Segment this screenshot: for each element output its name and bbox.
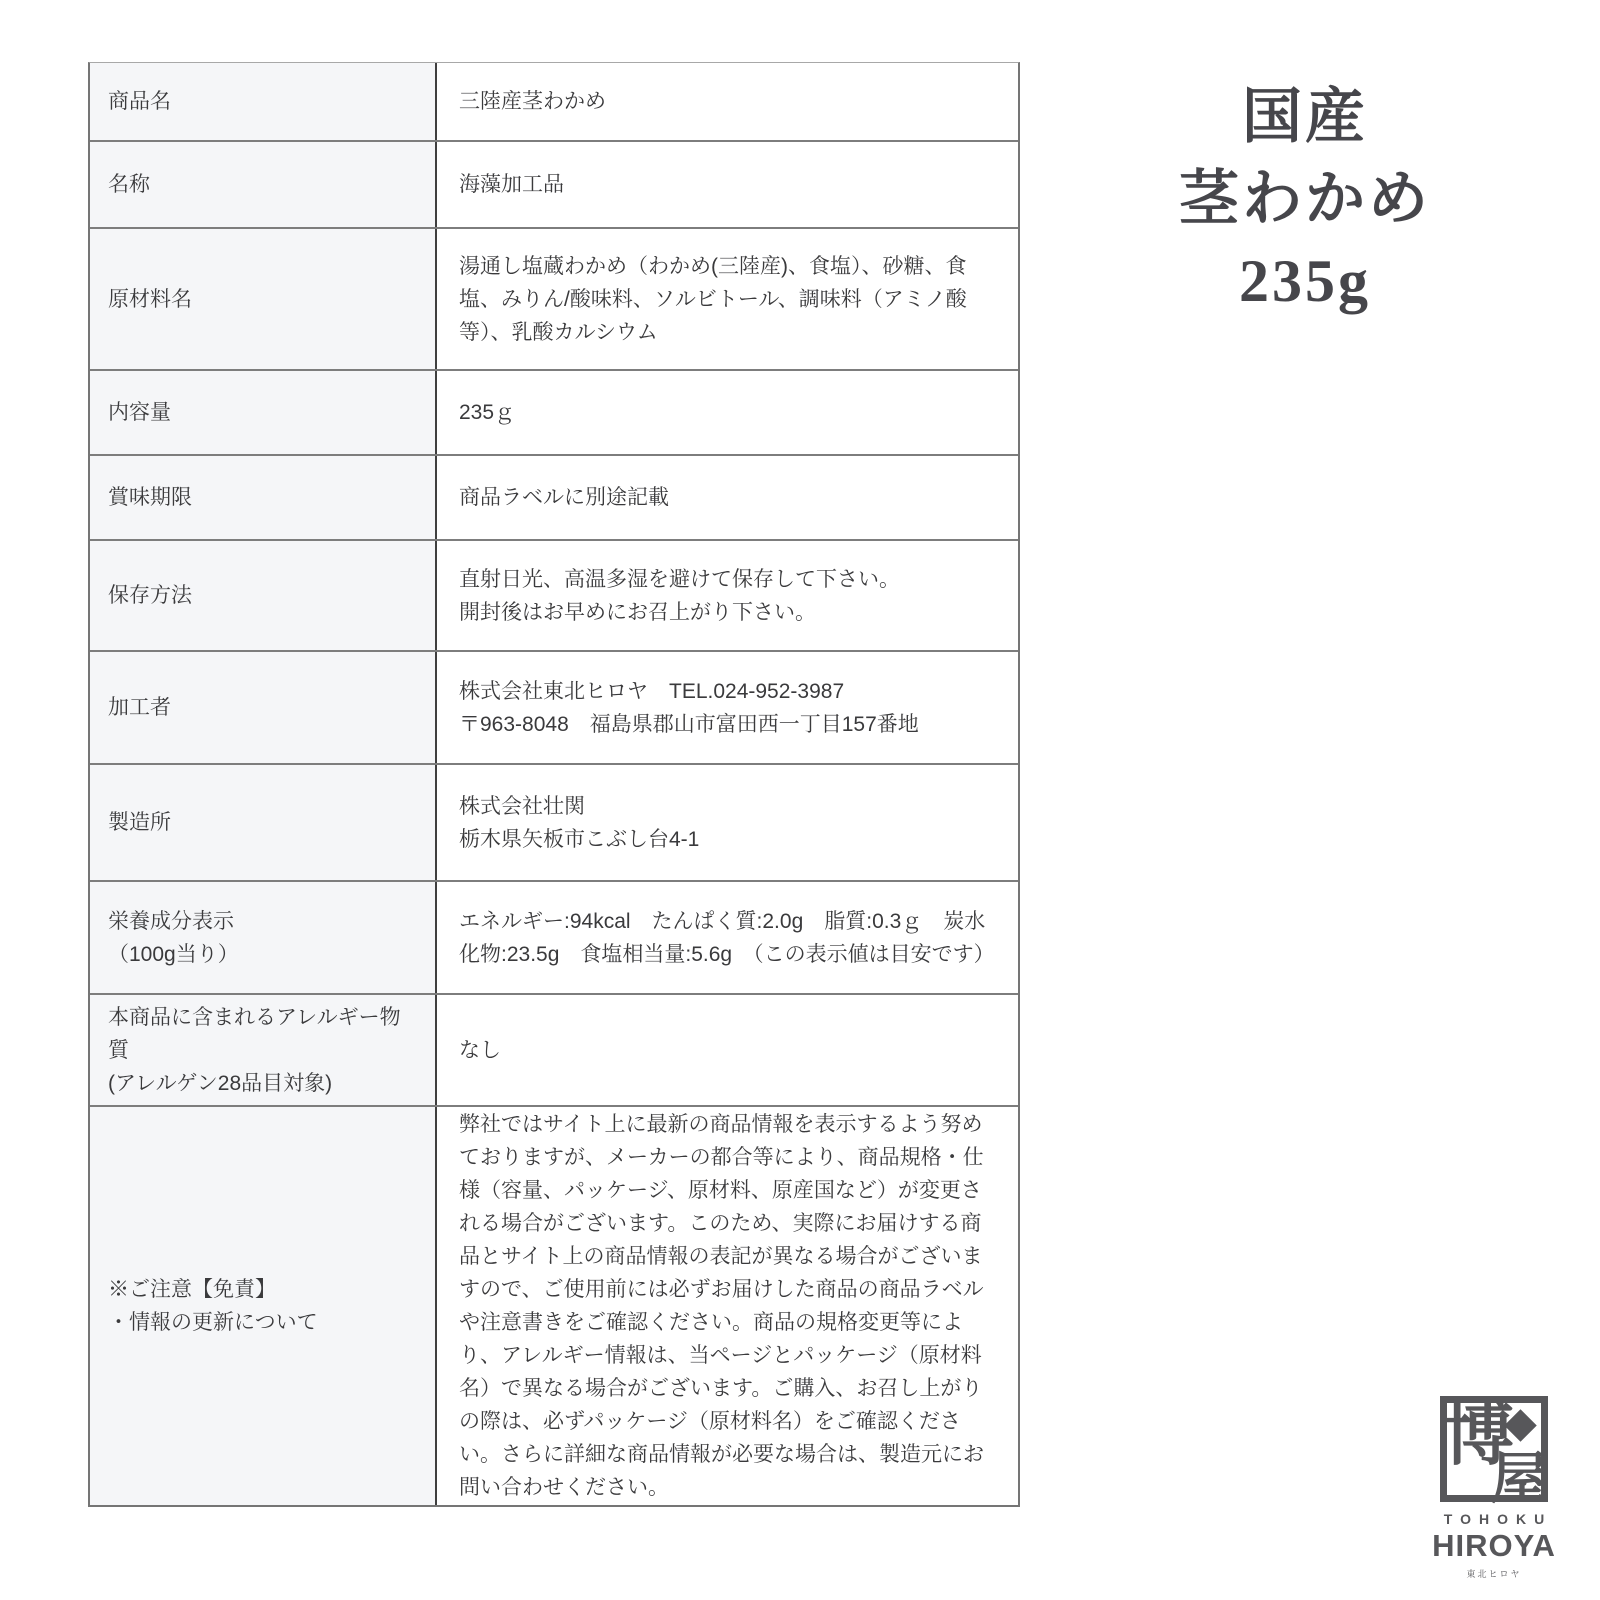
- logo-text-japanese: 東北ヒロヤ: [1432, 1567, 1556, 1580]
- logo-text-hiroya: HIROYA: [1432, 1528, 1556, 1564]
- row-value: 株式会社壮関 栃木県矢板市こぶし台4-1: [437, 765, 1018, 880]
- row-label: 商品名: [90, 63, 437, 140]
- row-value: 三陸産茎わかめ: [437, 63, 1018, 140]
- table-row-nutrition: 栄養成分表示 （100g当り） エネルギー:94kcal たんぱく質:2.0g …: [90, 882, 1018, 995]
- row-label: ※ご注意【免責】 ・情報の更新について: [90, 1107, 437, 1505]
- row-value: エネルギー:94kcal たんぱく質:2.0g 脂質:0.3ｇ 炭水化物:23.…: [437, 882, 1018, 993]
- table-row-ingredients: 原材料名 湯通し塩蔵わかめ（わかめ(三陸産)、食塩）、砂糖、食塩、みりん/酸味料…: [90, 229, 1018, 371]
- product-headline: 国産 茎わかめ 235g: [1140, 76, 1470, 322]
- row-value: 弊社ではサイト上に最新の商品情報を表示するよう努めておりますが、メーカーの都合等…: [437, 1107, 1018, 1505]
- row-label: 加工者: [90, 652, 437, 763]
- table-row-storage: 保存方法 直射日光、高温多湿を避けて保存して下さい。 開封後はお早めにお召上がり…: [90, 541, 1018, 652]
- row-label: 本商品に含まれるアレルギー物質 (アレルゲン28品目対象): [90, 995, 437, 1105]
- row-label: 栄養成分表示 （100g当り）: [90, 882, 437, 993]
- row-label: 保存方法: [90, 541, 437, 650]
- table-row-category: 名称 海藻加工品: [90, 142, 1018, 229]
- row-label: 賞味期限: [90, 456, 437, 539]
- table-row-disclaimer: ※ご注意【免責】 ・情報の更新について 弊社ではサイト上に最新の商品情報を表示す…: [90, 1107, 1018, 1505]
- logo-text-tohoku: TOHOKU: [1432, 1511, 1556, 1527]
- hiroya-logo-mark: 博 屋: [1440, 1396, 1548, 1502]
- logo-kanji-ya: 屋: [1491, 1451, 1547, 1507]
- table-row-manufacturer: 製造所 株式会社壮関 栃木県矢板市こぶし台4-1: [90, 765, 1018, 882]
- row-value: 商品ラベルに別途記載: [437, 456, 1018, 539]
- row-value: なし: [437, 995, 1018, 1105]
- row-label: 原材料名: [90, 229, 437, 369]
- row-value: 海藻加工品: [437, 142, 1018, 227]
- table-row-best-before: 賞味期限 商品ラベルに別途記載: [90, 456, 1018, 541]
- table-row-product-name: 商品名 三陸産茎わかめ: [90, 63, 1018, 142]
- row-value: 直射日光、高温多湿を避けて保存して下さい。 開封後はお早めにお召上がり下さい。: [437, 541, 1018, 650]
- row-value: 湯通し塩蔵わかめ（わかめ(三陸産)、食塩）、砂糖、食塩、みりん/酸味料、ソルビト…: [437, 229, 1018, 369]
- page-background: 商品名 三陸産茎わかめ 名称 海藻加工品 原材料名 湯通し塩蔵わかめ（わかめ(三…: [0, 0, 1600, 1600]
- row-value: 235ｇ: [437, 371, 1018, 454]
- product-spec-table: 商品名 三陸産茎わかめ 名称 海藻加工品 原材料名 湯通し塩蔵わかめ（わかめ(三…: [88, 62, 1020, 1507]
- table-row-allergens: 本商品に含まれるアレルギー物質 (アレルゲン28品目対象) なし: [90, 995, 1018, 1107]
- row-label: 内容量: [90, 371, 437, 454]
- row-label: 製造所: [90, 765, 437, 880]
- table-row-net-content: 内容量 235ｇ: [90, 371, 1018, 456]
- table-row-processor: 加工者 株式会社東北ヒロヤ TEL.024-952-3987 〒963-8048…: [90, 652, 1018, 765]
- row-value: 株式会社東北ヒロヤ TEL.024-952-3987 〒963-8048 福島県…: [437, 652, 1018, 763]
- brand-logo: 博 屋 TOHOKU HIROYA 東北ヒロヤ: [1432, 1396, 1556, 1580]
- row-label: 名称: [90, 142, 437, 227]
